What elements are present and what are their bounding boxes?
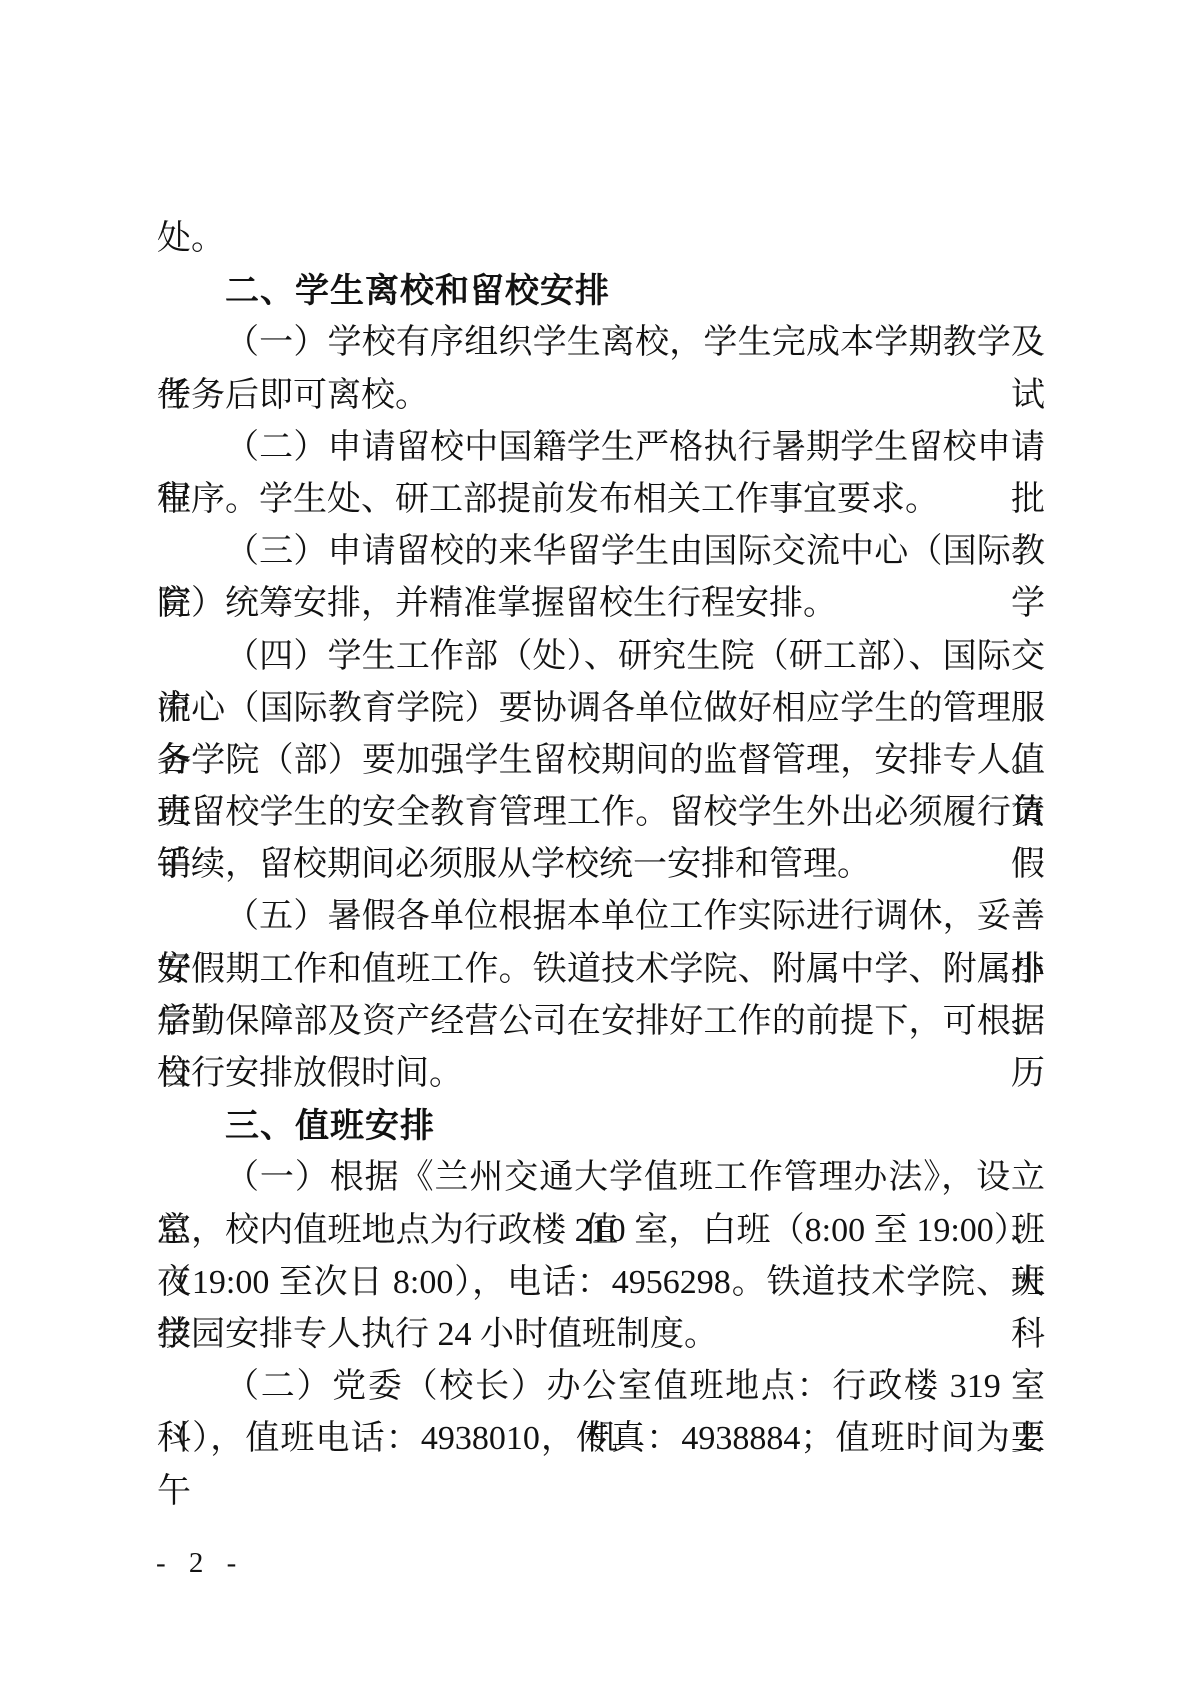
document-body: 处。 二、学生离校和留校安排 （一）学校有序组织学生离校，学生完成本学期教学及考… bbox=[157, 213, 1045, 1466]
text-line: （19:00 至次日 8:00），电话：4956298。铁道技术学院、大学科 bbox=[157, 1257, 1045, 1309]
text-line: 各学院（部）要加强学生留校期间的监督管理，安排专人值班负 bbox=[157, 735, 1045, 787]
text-line: 科），值班电话：4938010，传真：4938884；值班时间为上午 bbox=[157, 1413, 1045, 1465]
text-line: （三）申请留校的来华留学生由国际交流中心（国际教育学 bbox=[157, 526, 1045, 578]
text-line: 责留校学生的安全教育管理工作。留校学生外出必须履行请销假 bbox=[157, 787, 1045, 839]
text-line: （二）党委（校长）办公室值班地点：行政楼 319 室（机要 bbox=[157, 1361, 1045, 1413]
page-number: - 2 - bbox=[156, 1547, 244, 1580]
text-line: 处。 bbox=[157, 213, 1045, 265]
text-line: （一）学校有序组织学生离校，学生完成本学期教学及考试 bbox=[157, 317, 1045, 369]
text-line: 程序。学生处、研工部提前发布相关工作事宜要求。 bbox=[157, 474, 1045, 526]
text-line: 好假期工作和值班工作。铁道技术学院、附属中学、附属小学、 bbox=[157, 944, 1045, 996]
text-line: （四）学生工作部（处）、研究生院（研工部）、国际交流 bbox=[157, 631, 1045, 683]
section-heading-3: 三、值班安排 bbox=[157, 1100, 1045, 1152]
text-line: 室，校内值班地点为行政楼 210 室，白班（8:00 至 19:00）、夜班 bbox=[157, 1205, 1045, 1257]
section-heading-2: 二、学生离校和留校安排 bbox=[157, 265, 1045, 317]
document-page: 处。 二、学生离校和留校安排 （一）学校有序组织学生离校，学生完成本学期教学及考… bbox=[0, 0, 1190, 1683]
text-line: 中心（国际教育学院）要协调各单位做好相应学生的管理服务。 bbox=[157, 683, 1045, 735]
text-line: （一）根据《兰州交通大学值班工作管理办法》，设立总值班 bbox=[157, 1152, 1045, 1204]
text-line: （五）暑假各单位根据本单位工作实际进行调休，妥善安排 bbox=[157, 891, 1045, 943]
text-line: （二）申请留校中国籍学生严格执行暑期学生留校申请审批 bbox=[157, 422, 1045, 474]
text-line: 后勤保障部及资产经营公司在安排好工作的前提下，可根据校历 bbox=[157, 996, 1045, 1048]
